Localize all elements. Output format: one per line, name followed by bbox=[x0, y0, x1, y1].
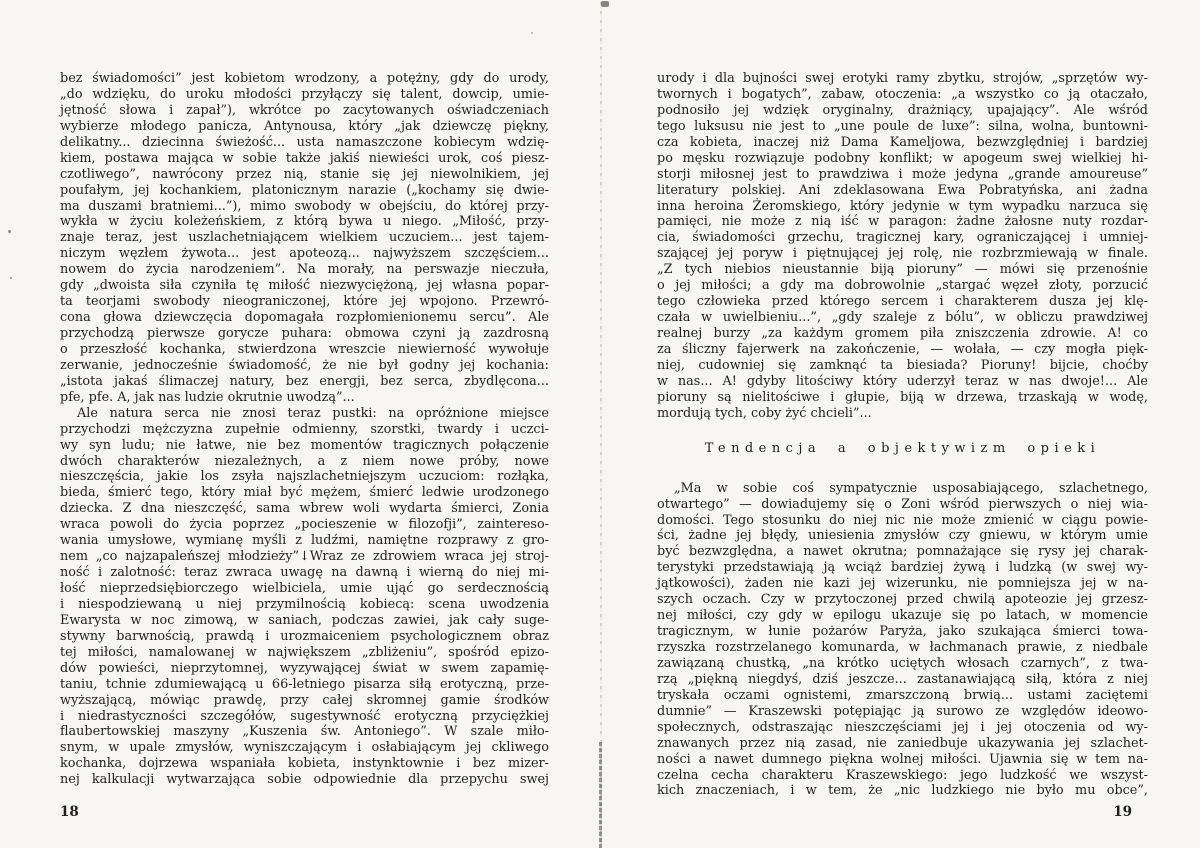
text-line: czotliwego”, nawrócony przez nią, stanie… bbox=[60, 167, 549, 183]
text-line: czelna cecha charakteru Kraszewskiego: j… bbox=[657, 768, 1148, 784]
text-line: tryskała oczami ognistemi, zmarszczoną b… bbox=[657, 688, 1148, 704]
text-line: znawanych przez nią zasad, nie zaniedbuj… bbox=[657, 736, 1148, 752]
right-page-paragraph-2: „Ma w sobie coś sympatycznie usposabiają… bbox=[657, 481, 1148, 800]
text-line: pamięci, nie może z nią iść w paragon: ż… bbox=[657, 214, 1148, 230]
text-line: jątkowości), żaden nie kazi jej wizerunk… bbox=[657, 576, 1148, 592]
text-line: łość nieprzedsiębiorczego wielbiciela, u… bbox=[60, 581, 549, 597]
text-line: nej miłości, czy gdy w epilogu ukazuje s… bbox=[657, 608, 1148, 624]
text-line: nieszczęścia, jakie los zsyła najszlache… bbox=[60, 469, 549, 485]
text-line: gdy „dwoista siła czyniła tę miłość niez… bbox=[60, 278, 549, 294]
text-line: tego luksusu nie jest to „une poule de l… bbox=[657, 119, 1148, 135]
text-line: nem „co najzapaleńszej młodzieży”↓Wraz z… bbox=[60, 549, 549, 565]
text-line: mordują tych, coby żyć chcieli”... bbox=[657, 406, 1148, 422]
text-line: bez świadomości” jest kobietom wrodzony,… bbox=[60, 71, 549, 87]
text-line: niej, cudowniej się zamknąć ta biesiada?… bbox=[657, 358, 1148, 374]
text-line: i niespodziewaną u niej przymilnością ko… bbox=[60, 597, 549, 613]
text-line: dwóch charakterów niezależnych, a z niem… bbox=[60, 454, 549, 470]
text-line: jętność słowa i zapał”), wkrótce po zacy… bbox=[60, 103, 549, 119]
text-line: o jej miłości; a gdy ma dobrowolnie „sta… bbox=[657, 278, 1148, 294]
text-line: Ewarysta w noc zimową, w saniach, podcza… bbox=[60, 613, 549, 629]
text-line: o przeszłość kochanka, stwierdzona wresz… bbox=[60, 342, 549, 358]
text-line: po męsku rozwiązuje podobny konflikt; w … bbox=[657, 151, 1148, 167]
text-line: dów powieści, nieprzytomnej, wyzywającej… bbox=[60, 661, 549, 677]
text-line: szającej jej poryw i piętnującej jej rol… bbox=[657, 246, 1148, 262]
text-line: delikatny... dziecinna świeżość... usta … bbox=[60, 135, 549, 151]
text-line: wraca powoli do życia poprzez „pocieszen… bbox=[60, 517, 549, 533]
text-line: cona głowa dziewczęcia dopomagała rozpło… bbox=[60, 310, 549, 326]
text-line: flaubertowskiej maszyny „Kuszenia św. An… bbox=[60, 724, 549, 740]
section-heading: Tendencja a objektywizm opieki bbox=[657, 441, 1148, 457]
left-page-text-column: bez świadomości” jest kobietom wrodzony,… bbox=[60, 71, 549, 788]
text-line: czała w uwielbieniu...”, „gdy szaleje z … bbox=[657, 310, 1148, 326]
text-line: dumnie” — Kraszewski potępiając ją surow… bbox=[657, 704, 1148, 720]
text-line: taniu, tchnie zdumiewającą u 66-letniego… bbox=[60, 677, 549, 693]
text-line: tej miłości, namalowanej w największem „… bbox=[60, 645, 549, 661]
text-line: domości. Tego stosunku do niej nic nie m… bbox=[657, 513, 1148, 529]
text-line: bieda, śmierć tego, który miał być mężem… bbox=[60, 485, 549, 501]
text-line: realnej burzy „za każdym gromem piła zni… bbox=[657, 326, 1148, 342]
text-line: zerwanie, jednocześnie świadomość, że ni… bbox=[60, 358, 549, 374]
text-line: „do wdzięku, do uroku młodości przyłączy… bbox=[60, 87, 549, 103]
text-line: tragicznym, w łunie pożarów Paryża, jako… bbox=[657, 624, 1148, 640]
text-line: pfe, pfe. A, jak nas ludzie okrutnie uwo… bbox=[60, 390, 549, 406]
left-page-number: 18 bbox=[60, 804, 79, 820]
text-line: ma duszami bratniemi...”), mimo swobody … bbox=[60, 199, 549, 215]
text-line: przychodzą pierwsze gorycze puhara: obmo… bbox=[60, 326, 549, 342]
text-line: cza kobieta, inaczej niż Dama Kameljowa,… bbox=[657, 135, 1148, 151]
page-gutter-shadow bbox=[600, 0, 602, 848]
text-line: otwartego” — dowiadujemy się o Zoni wśró… bbox=[657, 497, 1148, 513]
text-line: kochanka, dojrzewa wspaniała kobieta, in… bbox=[60, 756, 549, 772]
text-line: rzyszka rozstrzelanego komunarda, w łach… bbox=[657, 640, 1148, 656]
text-line: społecznych, odstraszając nieszczęściami… bbox=[657, 720, 1148, 736]
text-line: w nas... A! gdyby litościwy który uderzy… bbox=[657, 374, 1148, 390]
text-line: terystyki przedstawiają ją wciąż bardzie… bbox=[657, 560, 1148, 576]
text-line: wy syn ludu; nie łatwe, nie bez momentów… bbox=[60, 438, 549, 454]
text-line: tego człowieka przed którego sercem i ch… bbox=[657, 294, 1148, 310]
text-line: przychodzi mężczyzna zupełnie odmienny, … bbox=[60, 422, 549, 438]
text-line: storji miłosnej jest to prawdziwa i może… bbox=[657, 167, 1148, 183]
page-gutter-shadow-bottom bbox=[599, 742, 602, 848]
scan-speck bbox=[601, 1, 609, 7]
text-line: szych oczach. Czy w przytoczonej przed c… bbox=[657, 592, 1148, 608]
text-line: zawiązaną chustką, „na krótko uciętych w… bbox=[657, 656, 1148, 672]
scan-speck bbox=[10, 277, 12, 279]
text-line: inna heroina Żeromskiego, który jedynie … bbox=[657, 199, 1148, 215]
text-line: wykła w życiu koleżeńskiem, z którą bywa… bbox=[60, 214, 549, 230]
text-line: „Z tych niebios nieustannie biją pioruny… bbox=[657, 262, 1148, 278]
text-line: kiem, postawa mająca w sobie także jakiś… bbox=[60, 151, 549, 167]
text-line: nej kalkulacji wytwarzająca sobie odpowi… bbox=[60, 772, 549, 788]
text-line: „istota jakaś ślimaczej natury, bez ener… bbox=[60, 374, 549, 390]
text-line: kich znaczeniach, i w tem, że „nic ludzk… bbox=[657, 783, 1148, 799]
text-line: ści, żadne jej błędy, uniesienia zmysłów… bbox=[657, 528, 1148, 544]
text-line: wyższającą, mówiąc prawdę, przy całej sk… bbox=[60, 693, 549, 709]
text-line: znaje teraz, jest uszlachetniającem wiel… bbox=[60, 230, 549, 246]
text-line: podnosiło jej wdzięk oryginalny, drażnią… bbox=[657, 103, 1148, 119]
text-line: twornych i bogatych”, zabaw, otoczenia: … bbox=[657, 87, 1148, 103]
text-line: Ale natura serca nie znosi teraz pustki:… bbox=[60, 406, 549, 422]
text-line: cia, świadomości grzechu, tragicznej kar… bbox=[657, 230, 1148, 246]
text-line: snym, w upale zmysłów, wyniszczającym i … bbox=[60, 740, 549, 756]
scan-speck bbox=[8, 230, 11, 233]
text-line: nowem do życia narodzeniem”. Na morały, … bbox=[60, 262, 549, 278]
text-line: urody i dla bujności swej erotyki ramy z… bbox=[657, 71, 1148, 87]
text-line: „Ma w sobie coś sympatycznie usposabiają… bbox=[657, 481, 1148, 497]
text-line: ta teorjami swobody nieograniczonej, któ… bbox=[60, 294, 549, 310]
right-page-text-column: urody i dla bujności swej erotyki ramy z… bbox=[657, 71, 1148, 799]
scan-speck bbox=[531, 32, 533, 34]
text-line: za śliczny fajerwerk na zakończenie, — w… bbox=[657, 342, 1148, 358]
text-line: pioruny są nielitościwe i głupie, biją w… bbox=[657, 390, 1148, 406]
text-line: ności a nawet dumnego piękna wolnej miło… bbox=[657, 752, 1148, 768]
right-page-number: 19 bbox=[657, 804, 1132, 820]
text-line: stywny barwnością, prawdą i urozmaicenie… bbox=[60, 629, 549, 645]
text-line: rzą „piękną niegdyś, dziś jeszcze... zas… bbox=[657, 672, 1148, 688]
text-line: wania umysłowe, wymianę myśli z ludźmi, … bbox=[60, 533, 549, 549]
text-line: poufałym, jej kochankiem, platonicznym n… bbox=[60, 183, 549, 199]
right-page-paragraph-1: urody i dla bujności swej erotyki ramy z… bbox=[657, 71, 1148, 422]
text-line: wybierze młodego panicza, Antynousa, któ… bbox=[60, 119, 549, 135]
text-line: być bezwzględna, a nawet okrutna; pomnaż… bbox=[657, 544, 1148, 560]
text-line: i niedrastyczności szczegółów, sugestywn… bbox=[60, 709, 549, 725]
text-line: literatury polskiej. Ani zdeklasowana Ew… bbox=[657, 183, 1148, 199]
text-line: ność i zalotność: teraz zwraca uwagę na … bbox=[60, 565, 549, 581]
text-line: dziecka. Z dna nieszczęść, sama wbrew wo… bbox=[60, 501, 549, 517]
book-spread-scan: { "colors": { "paper": "#f7f6f3", "ink":… bbox=[0, 0, 1200, 848]
text-line: niczym węzłem żywota... jest apoteozą...… bbox=[60, 246, 549, 262]
